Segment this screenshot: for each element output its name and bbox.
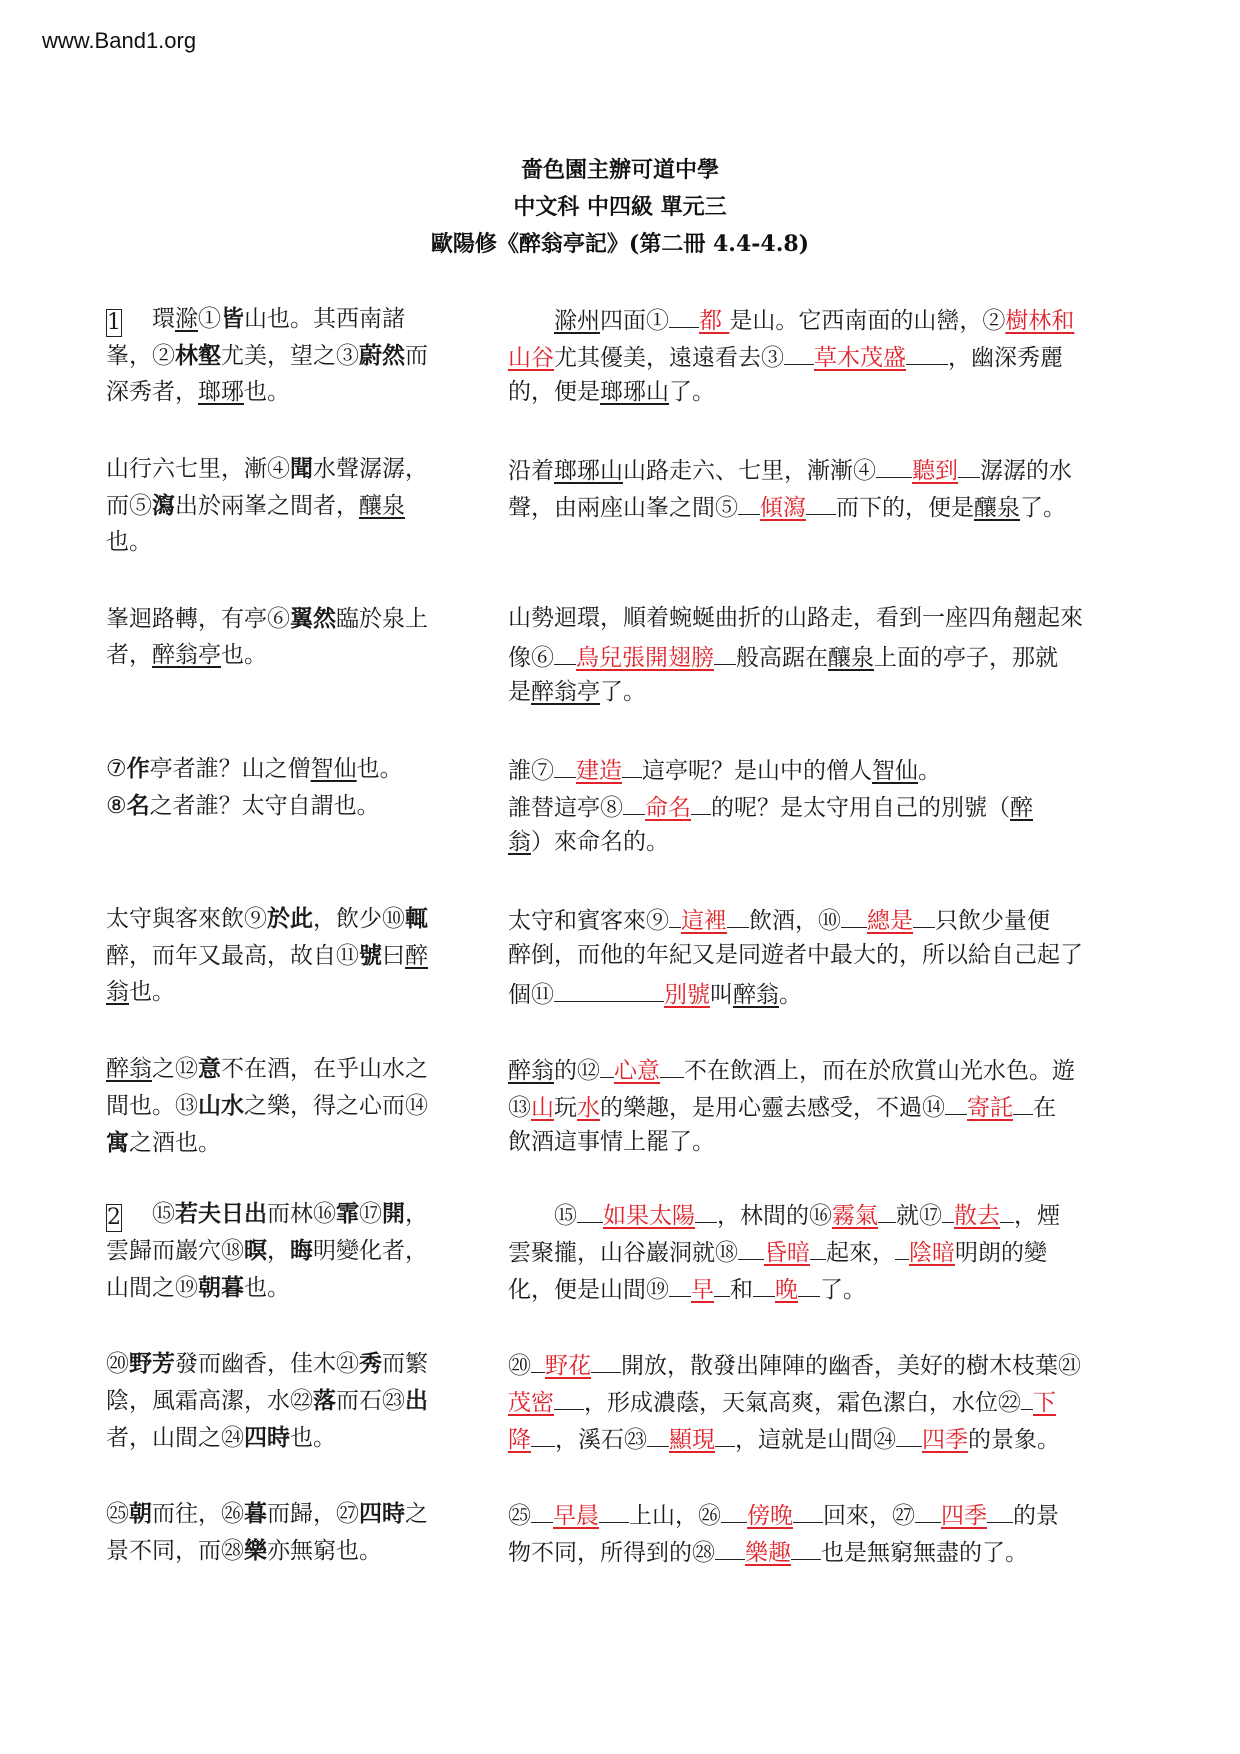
answer-blank (691, 787, 711, 815)
right-line: 太守和賓客來⑨這裡飲酒，⑩總是只飲少量便 (508, 900, 1144, 937)
text-segment: 上面的亭子，那就 (874, 645, 1058, 671)
right-line: ⑳野花開放，散發出陣陣的幽香，美好的樹木枝葉㉑ (508, 1345, 1144, 1382)
text-segment: 而繁 (382, 1351, 428, 1377)
text-segment: 明朗的變 (955, 1240, 1047, 1266)
answer-blank (1000, 1195, 1014, 1223)
key-word: 野芳 (129, 1350, 175, 1377)
text-segment: 環 (152, 306, 175, 332)
left-line: 醉翁之⑫意不在酒，在乎山水之 (106, 1050, 506, 1087)
answer-text: 陰暗 (909, 1240, 955, 1266)
answer-text: 聽到 (912, 458, 958, 484)
text-segment: 者， (106, 642, 152, 668)
text-segment: 也。 (244, 379, 290, 405)
left-line: 寓之酒也。 (106, 1124, 506, 1161)
text-segment: 玩 (554, 1095, 577, 1121)
proper-noun: 翁 (508, 829, 531, 855)
left-line: 1環滁①皆山也。其西南諸 (106, 300, 506, 337)
answer-blank (878, 1195, 896, 1223)
proper-noun: 滁州 (554, 308, 600, 334)
text-segment: ， (267, 1238, 290, 1264)
right-line: 翁）來命名的。 (508, 824, 1144, 861)
text-segment: 深秀者， (106, 379, 198, 405)
text-segment: 潺潺的水 (980, 458, 1072, 484)
text-segment: 的呢？是太守用自己的別號（ (711, 795, 1010, 821)
answer-blank (906, 337, 948, 365)
key-word: 朝暮 (198, 1274, 244, 1301)
right-line: ㉕早晨上山，㉖傍晚回來，㉗四季的景 (508, 1495, 1144, 1532)
classical-text-column: 2⑮若夫日出而林⑯霏⑰開，雲歸而巖穴⑱暝，晦明變化者，山間之⑲朝暮也。 (106, 1195, 506, 1306)
answer-text: 總是 (867, 908, 913, 934)
answer-text: 這裡 (681, 908, 727, 934)
passage-row: 峯迴路轉，有亭⑥翼然臨於泉上者，醉翁亭也。山勢迴環，順着蜿蜒曲折的山路走，看到一… (106, 600, 1146, 711)
translation-column: 太守和賓客來⑨這裡飲酒，⑩總是只飲少量便醉倒，而他的年紀又是同遊者中最大的，所以… (508, 900, 1144, 1011)
proper-noun: 釀泉 (828, 645, 874, 671)
text-segment: ）來命名的。 (531, 829, 669, 855)
answer-blank (623, 787, 645, 815)
text-segment: 的樂趣，是用心靈去感受，不過⑭ (600, 1095, 945, 1121)
answer-blank (915, 1495, 941, 1523)
school-name: 嗇色園主辦可道中學 (0, 152, 1240, 189)
key-word: 暝 (244, 1237, 267, 1264)
text-segment: 而往，㉖ (152, 1501, 244, 1527)
answer-blank (987, 1495, 1013, 1523)
right-line: 像⑥鳥兒張開翅膀般高踞在釀泉上面的亭子，那就 (508, 637, 1144, 674)
classical-text-column: ㉕朝而往，㉖暮而歸，㉗四時之景不同，而㉘樂亦無窮也。 (106, 1495, 506, 1569)
answer-blank (554, 750, 576, 778)
text-segment: 之⑫ (152, 1056, 198, 1082)
text-segment: 了。 (820, 1277, 866, 1303)
answer-text: 草木茂盛 (814, 345, 906, 371)
key-word: 瀉 (152, 492, 175, 519)
answer-blank (622, 750, 642, 778)
answer-text: 山谷 (508, 345, 554, 371)
document-header: 嗇色園主辦可道中學 中文科 中四級 單元三 歐陽修《醉翁亭記》(第二冊 4.4-… (0, 152, 1240, 263)
text-segment: 雲歸而巖穴⑱ (106, 1238, 244, 1264)
text-segment: 而⑤ (106, 493, 152, 519)
text-segment: 水聲潺潺， (313, 456, 428, 482)
proper-noun: 瑯琊山 (554, 458, 623, 484)
passage-row: 山行六七里，漸④聞水聲潺潺，而⑤瀉出於兩峯之間者，釀泉也。沿着瑯琊山山路走六、七… (106, 450, 1146, 561)
text-segment: ，這就是山間㉔ (735, 1427, 896, 1453)
right-line: 山勢迴環，順着蜿蜒曲折的山路走，看到一座四角翹起來 (508, 600, 1144, 637)
text-segment: 和 (730, 1277, 753, 1303)
classical-text-column: ⑦作亭者誰？山之僧智仙也。⑧名之者誰？太守自謂也。 (106, 750, 506, 861)
answer-text: 別號 (664, 982, 710, 1008)
paragraph-number-badge: 1 (106, 309, 122, 337)
proper-noun: 醉翁亭 (531, 679, 600, 705)
answer-text: 四季 (922, 1427, 968, 1453)
right-line: 山谷尤其優美，遠遠看去③草木茂盛，幽深秀麗 (508, 337, 1144, 374)
text-segment: ，形成濃蔭，天氣高爽，霜色潔白，水位㉒ (584, 1390, 1021, 1416)
answer-text: 如果太陽 (603, 1203, 695, 1229)
text-segment: 像⑥ (508, 645, 554, 671)
text-segment: 山行六七里，漸④ (106, 456, 290, 482)
text-segment: ⑧ (106, 793, 127, 819)
key-word: 開 (382, 1200, 405, 1227)
answer-blank (669, 900, 681, 928)
answer-blank (727, 900, 749, 928)
answer-blank (945, 1087, 967, 1115)
text-segment: 的景 (1013, 1503, 1059, 1529)
text-segment: ⑦ (106, 756, 127, 782)
text-segment: 了。 (600, 679, 646, 705)
text-segment: 亭者誰？山之僧 (150, 756, 311, 782)
passage-row: 1環滁①皆山也。其西南諸峯，②林壑尤美，望之③蔚然而深秀者，瑯琊也。滁州四面①都… (106, 300, 1146, 411)
passage-row: ⑦作亭者誰？山之僧智仙也。⑧名之者誰？太守自謂也。誰⑦建造這亭呢？是山中的僧人智… (106, 750, 1146, 861)
passage-row: 醉翁之⑫意不在酒，在乎山水之間也。⑬山水之樂，得之心而⑭寓之酒也。醉翁的⑫心意不… (106, 1050, 1146, 1161)
left-line: 深秀者，瑯琊也。 (106, 374, 506, 411)
text-segment: 是山。它西南面的山巒，② (729, 308, 1005, 334)
text-segment: 山間之⑲ (106, 1275, 198, 1301)
text-segment: 而林⑯ (267, 1201, 336, 1227)
text-segment: 化，便是山間⑲ (508, 1277, 669, 1303)
right-line: 誰替這亭⑧命名的呢？是太守用自己的別號（醉 (508, 787, 1144, 824)
left-line: 陰，風霜高潔，水㉒落而石㉓出 (106, 1382, 506, 1419)
text-segment: 出於兩峯之間者， (175, 493, 359, 519)
text-segment: ⑮ (554, 1203, 577, 1229)
right-line: 誰⑦建造這亭呢？是山中的僧人智仙。 (508, 750, 1144, 787)
answer-text: 建造 (576, 758, 622, 784)
text-segment: ㉕ (508, 1503, 531, 1529)
key-word: 蔚然 (359, 342, 405, 369)
left-line: 雲歸而巖穴⑱暝，晦明變化者， (106, 1232, 506, 1269)
text-segment: 雲聚攏，山谷巖洞就⑱ (508, 1240, 738, 1266)
text-segment: 而 (405, 343, 428, 369)
key-word: 翼然 (290, 605, 336, 632)
text-segment: 而石㉓ (336, 1388, 405, 1414)
answer-blank (913, 900, 935, 928)
key-word: 霏 (336, 1200, 359, 1227)
proper-noun: 智仙 (311, 756, 357, 782)
answer-blank (896, 1419, 922, 1447)
right-line: ⑬山玩水的樂趣，是用心靈去感受，不過⑭寄託在 (508, 1087, 1144, 1124)
answer-blank (714, 637, 736, 665)
text-segment: 在 (1033, 1095, 1056, 1121)
answer-blank (714, 1269, 730, 1297)
text-segment: 發而幽香，佳木㉑ (175, 1351, 359, 1377)
answer-text: 傍晚 (747, 1503, 793, 1529)
right-line: 個⑪別號叫醉翁。 (508, 974, 1144, 1011)
key-word: 輒 (405, 905, 428, 932)
key-word: 朝 (129, 1500, 152, 1527)
answer-blank (738, 487, 760, 515)
translation-column: 滁州四面①都 是山。它西南面的山巒，②樹林和山谷尤其優美，遠遠看去③草木茂盛，幽… (508, 300, 1144, 411)
answer-text: 山 (531, 1095, 554, 1121)
text-segment: 只飲少量便 (935, 908, 1050, 934)
proper-noun: 醉翁 (733, 982, 779, 1008)
text-segment: 這亭呢？是山中的僧人 (642, 758, 872, 784)
answer-text: 霧氣 (832, 1203, 878, 1229)
right-line: 的，便是瑯琊山了。 (508, 374, 1144, 411)
key-word: 落 (313, 1387, 336, 1414)
translation-column: ㉕早晨上山，㉖傍晚回來，㉗四季的景物不同，所得到的㉘樂趣也是無窮無盡的了。 (508, 1495, 1144, 1569)
text-segment: 叫 (710, 982, 733, 1008)
answer-blank (669, 1269, 691, 1297)
right-line: 降，溪石㉓顯現，這就是山間㉔四季的景象。 (508, 1419, 1144, 1456)
text-segment: 醉，而年又最高，故自⑪ (106, 943, 359, 969)
passage-row: 2⑮若夫日出而林⑯霏⑰開，雲歸而巖穴⑱暝，晦明變化者，山間之⑲朝暮也。⑮如果太陽… (106, 1195, 1146, 1306)
answer-blank (958, 450, 980, 478)
text-segment: 不在飲酒上，而在於欣賞山光水色。遊 (684, 1058, 1075, 1084)
text-segment: ，幽深秀麗 (948, 345, 1063, 371)
text-segment: 臨於泉上 (336, 606, 428, 632)
text-segment: 峯，② (106, 343, 175, 369)
answer-text: 心意 (614, 1058, 660, 1084)
key-word: 聞 (290, 455, 313, 482)
text-segment: 尤美，望之③ (221, 343, 359, 369)
answer-text: 早晨 (553, 1503, 599, 1529)
proper-noun: 醉翁亭 (152, 642, 221, 668)
text-segment: 誰⑦ (508, 758, 554, 784)
text-segment: 山也。其西南諸 (244, 306, 405, 332)
text-segment: 山勢迴環，順着蜿蜒曲折的山路走，看到一座四角翹起來 (508, 605, 1083, 631)
right-line: 滁州四面①都 是山。它西南面的山巒，②樹林和 (508, 300, 1144, 337)
answer-blank (647, 1419, 669, 1447)
left-line: 也。 (106, 524, 506, 561)
text-segment: ㉕ (106, 1501, 129, 1527)
text-segment: 之酒也。 (129, 1130, 221, 1156)
text-segment: 回來，㉗ (823, 1503, 915, 1529)
proper-noun: 瑯琊山 (600, 379, 669, 405)
proper-noun: 釀泉 (359, 493, 405, 519)
proper-noun: 醉翁 (106, 1056, 152, 1082)
right-line: 飲酒這事情上罷了。 (508, 1124, 1144, 1161)
left-line: ㉕朝而往，㉖暮而歸，㉗四時之 (106, 1495, 506, 1532)
answer-blank (554, 1382, 584, 1410)
answer-text: 昏暗 (764, 1240, 810, 1266)
text-segment: 也。 (221, 642, 267, 668)
answer-blank (554, 974, 664, 1002)
translation-column: 醉翁的⑫心意不在飲酒上，而在於欣賞山光水色。遊⑬山玩水的樂趣，是用心靈去感受，不… (508, 1050, 1144, 1161)
right-line: 沿着瑯琊山山路走六、七里，漸漸④聽到潺潺的水 (508, 450, 1144, 487)
text-segment: ， (405, 1201, 428, 1227)
left-line: 2⑮若夫日出而林⑯霏⑰開， (106, 1195, 506, 1232)
left-line: 山行六七里，漸④聞水聲潺潺， (106, 450, 506, 487)
text-segment: 般高踞在 (736, 645, 828, 671)
answer-text: 鳥兒張開翅膀 (576, 645, 714, 671)
right-line: 茂密，形成濃蔭，天氣高爽，霜色潔白，水位㉒下 (508, 1382, 1144, 1419)
paragraph-number-badge: 2 (106, 1204, 122, 1232)
proper-noun: 翁 (106, 979, 129, 1005)
text-segment: ⑳ (106, 1351, 129, 1377)
text-segment: 也。 (244, 1275, 290, 1301)
text-segment: 間也。⑬ (106, 1093, 198, 1119)
right-line: 醉倒，而他的年紀又是同遊者中最大的，所以給自己起了 (508, 937, 1144, 974)
classical-text-column: 醉翁之⑫意不在酒，在乎山水之間也。⑬山水之樂，得之心而⑭寓之酒也。 (106, 1050, 506, 1161)
text-segment: 聲，由兩座山峯之間⑤ (508, 495, 738, 521)
answer-blank (531, 1495, 553, 1523)
course-info: 中文科 中四級 單元三 (0, 189, 1240, 226)
text-segment: 亦無窮也。 (267, 1538, 382, 1564)
left-line: ⑳野芳發而幽香，佳木㉑秀而繁 (106, 1345, 506, 1382)
answer-text: 晚 (775, 1277, 798, 1303)
key-word: 皆 (221, 305, 244, 332)
key-word: 四時 (359, 1500, 405, 1527)
text-segment: 飲酒，⑩ (749, 908, 841, 934)
right-line: 醉翁的⑫心意不在飲酒上，而在於欣賞山光水色。遊 (508, 1050, 1144, 1087)
left-line: 峯迴路轉，有亭⑥翼然臨於泉上 (106, 600, 506, 637)
text-segment: 明變化者， (313, 1238, 428, 1264)
text-segment: 誰替這亭⑧ (508, 795, 623, 821)
text-segment: 之者誰？太守自謂也。 (150, 793, 380, 819)
answer-blank (942, 1195, 954, 1223)
answer-text: 樹林和 (1005, 308, 1074, 334)
text-segment: 的⑫ (554, 1058, 600, 1084)
answer-blank (600, 1050, 614, 1078)
key-word: 寓 (106, 1129, 129, 1156)
answer-blank (784, 337, 814, 365)
left-line: 醉，而年又最高，故自⑪號曰醉 (106, 937, 506, 974)
key-word: 若夫日出 (175, 1200, 267, 1227)
answer-blank (669, 300, 699, 328)
translation-column: 沿着瑯琊山山路走六、七里，漸漸④聽到潺潺的水聲，由兩座山峯之間⑤傾瀉而下的，便是… (508, 450, 1144, 561)
answer-blank (895, 1232, 909, 1260)
left-line: 景不同，而㉘樂亦無窮也。 (106, 1532, 506, 1569)
left-line: 者，醉翁亭也。 (106, 637, 506, 674)
text-segment: 開放，散發出陣陣的幽香，美好的樹木枝葉㉑ (621, 1353, 1081, 1379)
text-segment: 的景象。 (968, 1427, 1060, 1453)
text-segment: 而下的，便是 (836, 495, 974, 521)
answer-text: 顯現 (669, 1427, 715, 1453)
key-word: 樂 (244, 1537, 267, 1564)
answer-blank (531, 1345, 545, 1373)
text-segment: 醉倒，而他的年紀又是同遊者中最大的，所以給自己起了 (508, 942, 1083, 968)
answer-text: 寄託 (967, 1095, 1013, 1121)
text-segment: 曰 (382, 943, 405, 969)
passage-row: 太守與客來飲⑨於此，飲少⑩輒醉，而年又最高，故自⑪號曰醉翁也。太守和賓客來⑨這裡… (106, 900, 1146, 1011)
answer-text: 散去 (954, 1203, 1000, 1229)
site-url[interactable]: www.Band1.org (42, 28, 196, 54)
text-segment: 了。 (669, 379, 715, 405)
key-word: 四時 (244, 1424, 290, 1451)
text-segment: ⑰ (359, 1201, 382, 1227)
text-segment: ⑬ (508, 1095, 531, 1121)
answer-blank (715, 1532, 745, 1560)
left-line: 者，山間之㉔四時也。 (106, 1419, 506, 1456)
proper-noun: 醉 (405, 943, 428, 969)
text-segment: 起來， (826, 1240, 895, 1266)
answer-blank (721, 1495, 747, 1523)
answer-blank (591, 1345, 621, 1373)
text-segment: 不在酒，在乎山水之 (221, 1056, 428, 1082)
text-segment: 太守與客來飲⑨ (106, 906, 267, 932)
proper-noun: 瑯琊 (198, 379, 244, 405)
text-segment: ⑳ (508, 1353, 531, 1379)
key-word: 山水 (198, 1092, 244, 1119)
key-word: 於此 (267, 905, 313, 932)
left-line: ⑧名之者誰？太守自謂也。 (106, 787, 506, 824)
key-word: 秀 (359, 1350, 382, 1377)
text-segment: ，飲少⑩ (313, 906, 405, 932)
proper-noun: 智仙 (872, 758, 918, 784)
text-segment: 物不同，所得到的㉘ (508, 1540, 715, 1566)
classical-text-column: 山行六七里，漸④聞水聲潺潺，而⑤瀉出於兩峯之間者，釀泉也。 (106, 450, 506, 561)
answer-blank (577, 1195, 603, 1223)
translation-column: ⑳野花開放，散發出陣陣的幽香，美好的樹木枝葉㉑茂密，形成濃蔭，天氣高爽，霜色潔白… (508, 1345, 1144, 1456)
text-segment: 了。 (1020, 495, 1066, 521)
answer-text: 樂趣 (745, 1540, 791, 1566)
answer-text: 都 (699, 308, 729, 334)
text-segment: 者，山間之㉔ (106, 1425, 244, 1451)
text-segment: 陰，風霜高潔，水㉒ (106, 1388, 313, 1414)
text-segment: 。 (918, 758, 941, 784)
text-segment: 是 (508, 679, 531, 705)
text-segment: ，煙 (1014, 1203, 1060, 1229)
key-word: 出 (405, 1387, 428, 1414)
key-word: 晦 (290, 1237, 313, 1264)
classical-text-column: ⑳野芳發而幽香，佳木㉑秀而繁陰，風霜高潔，水㉒落而石㉓出者，山間之㉔四時也。 (106, 1345, 506, 1456)
text-segment: 也。 (106, 529, 152, 555)
text-segment: 之 (405, 1501, 428, 1527)
left-line: 山間之⑲朝暮也。 (106, 1269, 506, 1306)
answer-blank (793, 1495, 823, 1523)
text-segment: 而歸，㉗ (267, 1501, 359, 1527)
key-word: 作 (127, 755, 150, 782)
answer-blank (791, 1532, 821, 1560)
passage-row: ⑳野芳發而幽香，佳木㉑秀而繁陰，風霜高潔，水㉒落而石㉓出者，山間之㉔四時也。⑳野… (106, 1345, 1146, 1456)
text-segment: 沿着 (508, 458, 554, 484)
answer-blank (810, 1232, 826, 1260)
answer-text: 茂密 (508, 1390, 554, 1416)
answer-blank (876, 450, 912, 478)
left-line: 太守與客來飲⑨於此，飲少⑩輒 (106, 900, 506, 937)
answer-text: 下 (1033, 1390, 1056, 1416)
text-segment: 個⑪ (508, 982, 554, 1008)
proper-noun: 醉 (1010, 795, 1033, 821)
answer-text: 傾瀉 (760, 495, 806, 521)
left-line: 峯，②林壑尤美，望之③蔚然而 (106, 337, 506, 374)
text-segment: 也是無窮無盡的了。 (821, 1540, 1028, 1566)
left-line: 翁也。 (106, 974, 506, 1011)
answer-blank (1021, 1382, 1033, 1410)
left-line: 間也。⑬山水之樂，得之心而⑭ (106, 1087, 506, 1124)
proper-noun: 醉翁 (508, 1058, 554, 1084)
answer-blank (599, 1495, 629, 1523)
classical-text-column: 1環滁①皆山也。其西南諸峯，②林壑尤美，望之③蔚然而深秀者，瑯琊也。 (106, 300, 506, 411)
answer-text: 命名 (645, 795, 691, 821)
translation-column: ⑮如果太陽，林間的⑯霧氣就⑰散去，煙雲聚攏，山谷巖洞就⑱昏暗起來，陰暗明朗的變化… (508, 1195, 1144, 1306)
text-segment: 的，便是 (508, 379, 600, 405)
classical-text-column: 太守與客來飲⑨於此，飲少⑩輒醉，而年又最高，故自⑪號曰醉翁也。 (106, 900, 506, 1011)
answer-blank (738, 1232, 764, 1260)
key-word: 意 (198, 1055, 221, 1082)
text-segment: 。 (779, 982, 802, 1008)
text-segment: 太守和賓客來⑨ (508, 908, 669, 934)
answer-text: 四季 (941, 1503, 987, 1529)
text-segment: 景不同，而㉘ (106, 1538, 244, 1564)
answer-blank (798, 1269, 820, 1297)
key-word: 號 (359, 942, 382, 969)
text-segment: 尤其優美，遠遠看去③ (554, 345, 784, 371)
answer-blank (806, 487, 836, 515)
passage-row: ㉕朝而往，㉖暮而歸，㉗四時之景不同，而㉘樂亦無窮也。㉕早晨上山，㉖傍晚回來，㉗四… (106, 1495, 1146, 1569)
classical-text-column: 峯迴路轉，有亭⑥翼然臨於泉上者，醉翁亭也。 (106, 600, 506, 711)
answer-blank (554, 637, 576, 665)
proper-noun: 釀泉 (974, 495, 1020, 521)
right-line: 是醉翁亭了。 (508, 674, 1144, 711)
answer-blank (660, 1050, 684, 1078)
right-line: 化，便是山間⑲早和晚了。 (508, 1269, 1144, 1306)
text-segment: ，林間的⑯ (717, 1203, 832, 1229)
text-segment: 上山，㉖ (629, 1503, 721, 1529)
proper-noun: 滁 (175, 306, 198, 332)
right-line: 聲，由兩座山峯之間⑤傾瀉而下的，便是釀泉了。 (508, 487, 1144, 524)
right-line: ⑮如果太陽，林間的⑯霧氣就⑰散去，煙 (508, 1195, 1144, 1232)
key-word: 林壑 (175, 342, 221, 369)
text-segment: 之樂，得之心而⑭ (244, 1093, 428, 1119)
text-segment: 也。 (357, 756, 403, 782)
text-segment: 山路走六、七里，漸漸④ (623, 458, 876, 484)
